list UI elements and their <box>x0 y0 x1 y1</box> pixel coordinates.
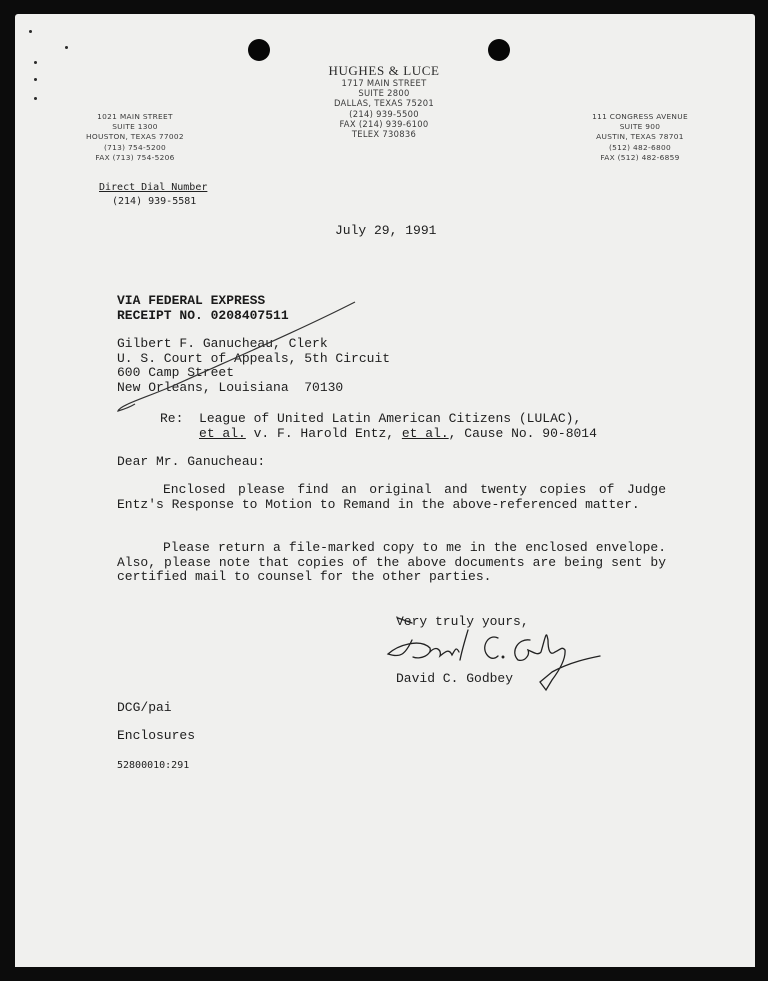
re-line: Re: League of United Latin American Citi… <box>160 412 597 441</box>
paragraph-text: Please return a file-marked copy to me i… <box>117 540 666 584</box>
address-line: (713) 754-5200 <box>75 143 195 153</box>
recipient-line: New Orleans, Louisiana 70130 <box>117 380 343 395</box>
address-line: SUITE 1300 <box>75 122 195 132</box>
letter-date: July 29, 1991 <box>335 223 436 238</box>
address-line: FAX (713) 754-5206 <box>75 153 195 163</box>
hole-punch-right <box>488 39 510 61</box>
re-subject-line1: League of United Latin American Citizens… <box>199 411 581 426</box>
re-label: Re: <box>160 411 183 426</box>
et-al: et al. <box>402 426 449 441</box>
paragraph-text: Enclosed please find an original and twe… <box>117 482 666 512</box>
address-line: 1021 MAIN STREET <box>75 112 195 122</box>
salutation: Dear Mr. Ganucheau: <box>117 455 265 470</box>
re-subject-text: v. F. Harold Entz, <box>246 426 402 441</box>
recipient-line: Gilbert F. Ganucheau, Clerk <box>117 336 328 351</box>
speck <box>29 30 32 33</box>
address-line: SUITE 900 <box>580 122 700 132</box>
address-line: 1717 MAIN STREET <box>0 78 768 88</box>
hole-punch-left <box>248 39 270 61</box>
direct-dial-number: (214) 939-5581 <box>112 196 196 207</box>
address-line: FAX (512) 482-6859 <box>580 153 700 163</box>
closing: Very truly yours, <box>396 614 529 629</box>
body-paragraph-1: Enclosed please find an original and twe… <box>117 483 666 512</box>
delivery-block: VIA FEDERAL EXPRESS RECEIPT NO. 02084075… <box>117 294 289 323</box>
et-al: et al. <box>199 426 246 441</box>
address-line: SUITE 2800 <box>0 88 768 98</box>
address-line: 111 CONGRESS AVENUE <box>580 112 700 122</box>
address-line: AUSTIN, TEXAS 78701 <box>580 132 700 142</box>
body-paragraph-2: Please return a file-marked copy to me i… <box>117 541 666 585</box>
direct-dial-label: Direct Dial Number <box>99 182 207 193</box>
address-line: (512) 482-6800 <box>580 143 700 153</box>
austin-office-address: 111 CONGRESS AVENUE SUITE 900 AUSTIN, TE… <box>580 112 700 163</box>
recipient-line: 600 Camp Street <box>117 365 234 380</box>
speck <box>65 46 68 49</box>
document-id: 52800010:291 <box>117 760 189 771</box>
houston-office-address: 1021 MAIN STREET SUITE 1300 HOUSTON, TEX… <box>75 112 195 163</box>
typist-initials: DCG/pai <box>117 700 172 715</box>
re-cause-number: , Cause No. 90-8014 <box>449 426 597 441</box>
delivery-method: VIA FEDERAL EXPRESS <box>117 293 265 308</box>
address-line: DALLAS, TEXAS 75201 <box>0 98 768 108</box>
firm-name: HUGHES & LUCE <box>0 63 768 79</box>
receipt-number: RECEIPT NO. 0208407511 <box>117 308 289 323</box>
enclosures-note: Enclosures <box>117 728 195 743</box>
recipient-line: U. S. Court of Appeals, 5th Circuit <box>117 351 390 366</box>
signer-name: David C. Godbey <box>396 671 513 686</box>
recipient-address: Gilbert F. Ganucheau, Clerk U. S. Court … <box>117 337 390 395</box>
address-line: HOUSTON, TEXAS 77002 <box>75 132 195 142</box>
